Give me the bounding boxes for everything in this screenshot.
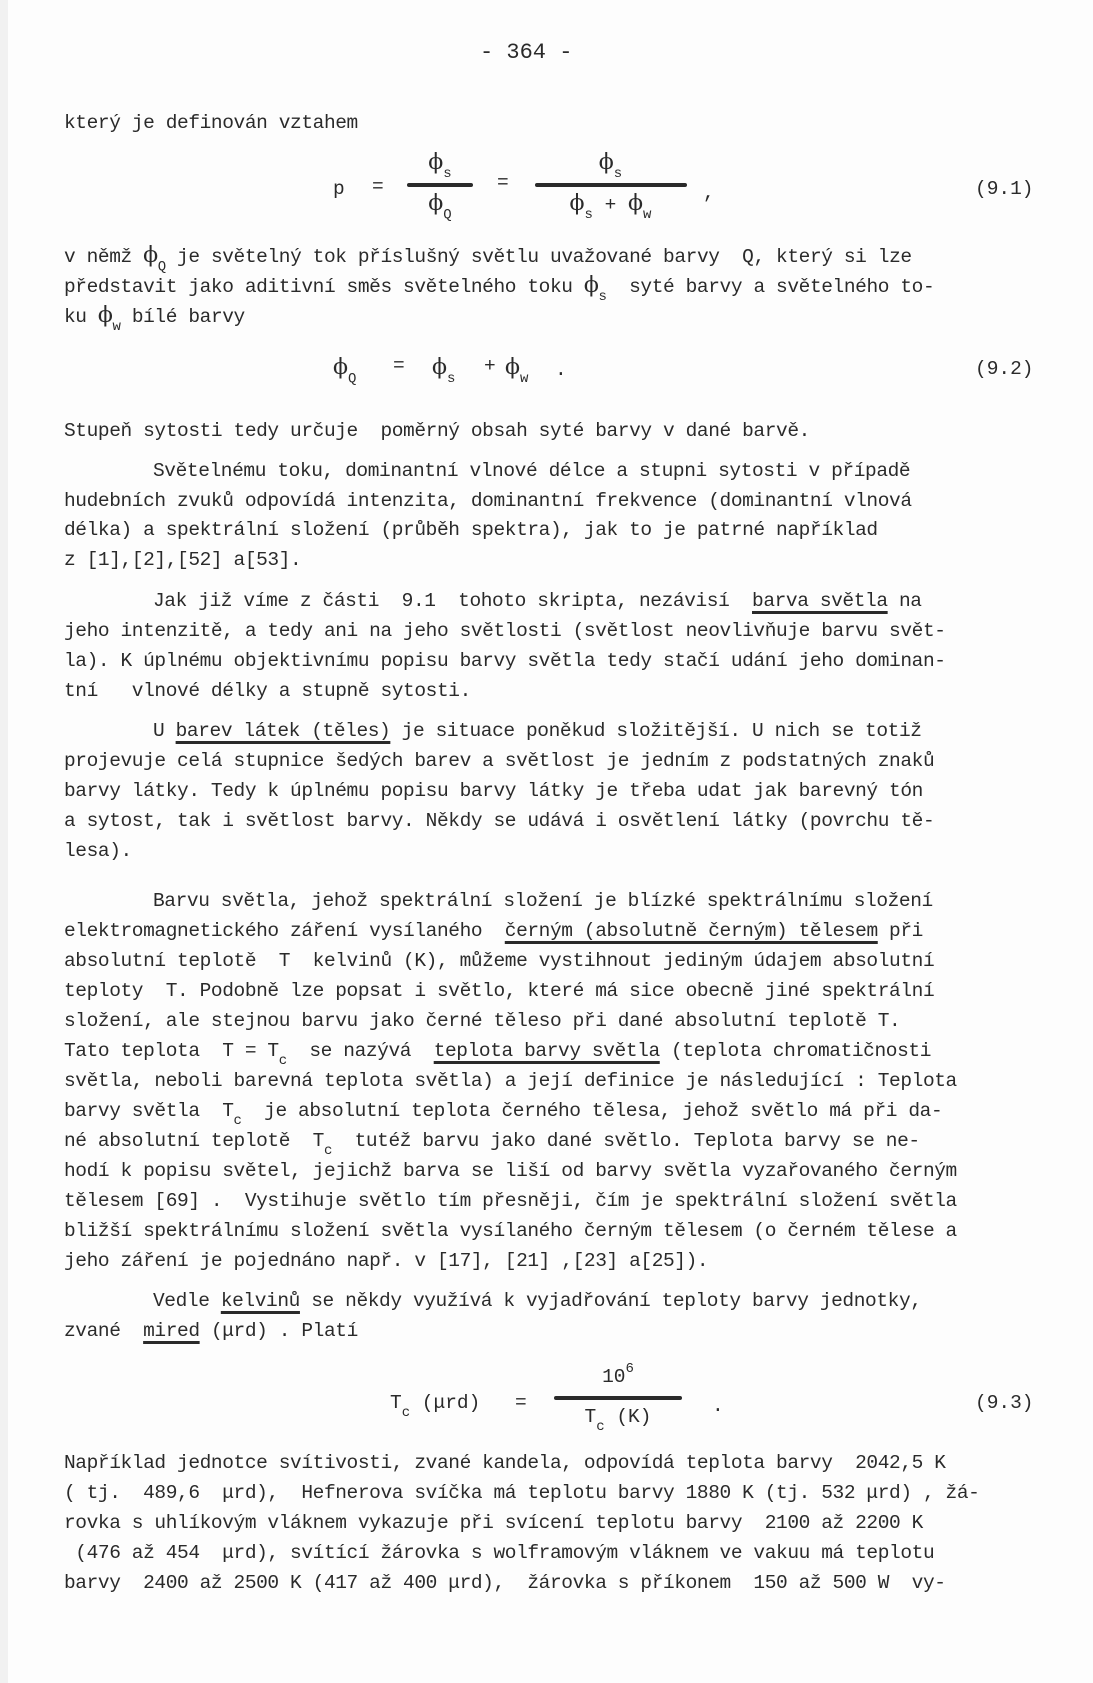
- text-line: projevuje celá stupnice šedých barev a s…: [64, 750, 934, 772]
- text-line: z [1],[2],[52] a[53].: [64, 549, 301, 571]
- text-line: absolutní teplotě T kelvinů (K), můžeme …: [64, 950, 934, 972]
- text-line: tní vlnové délky a stupně sytosti.: [64, 680, 471, 702]
- text-line: zvané mired (μrd) . Platí: [64, 1320, 358, 1342]
- fraction-2: ϕs ϕs + ϕw: [533, 148, 688, 222]
- text-line: hodí k popisu světel, jejichž barva se l…: [64, 1160, 957, 1182]
- text-line: v němž ϕQ je světelný tok příslušný svět…: [64, 243, 912, 268]
- text-line: Jak již víme z části 9.1 tohoto skripta,…: [153, 590, 922, 612]
- text-line: délka) a spektrální složení (průběh spek…: [64, 519, 878, 541]
- text-line: tělesem [69] . Vystihuje světlo tím přes…: [64, 1190, 957, 1212]
- text-line: Světelnému toku, dominantní vlnové délce…: [153, 460, 910, 482]
- underlined-term: barev látek (těles): [176, 720, 391, 742]
- eq-comma: ,: [703, 182, 715, 204]
- text-line: jeho intenzitě, a tedy ani na jeho světl…: [64, 620, 946, 642]
- underlined-term: barva světla: [752, 590, 888, 612]
- fraction-1: ϕs ϕQ: [405, 148, 475, 222]
- text-line: barvy látky. Tedy k úplnému popisu barvy…: [64, 780, 923, 802]
- text-line: Například jednotce svítivosti, zvané kan…: [64, 1452, 946, 1474]
- text-line: barvy 2400 až 2500 K (417 až 400 μrd), ž…: [64, 1572, 946, 1594]
- underlined-term: teplota barvy světla: [434, 1040, 660, 1062]
- fraction-bar: [554, 1396, 682, 1400]
- text-line: Barvu světla, jehož spektrální složení j…: [153, 890, 933, 912]
- fraction-bar: [535, 183, 687, 187]
- text-line: U barev látek (těles) je situace poněkud…: [153, 720, 922, 742]
- text-line: Vedle kelvinů se někdy využívá k vyjadřo…: [153, 1290, 922, 1312]
- text-line: rovka s uhlíkovým vláknem vykazuje při s…: [64, 1512, 923, 1534]
- text-line: a sytost, tak i světlost barvy. Někdy se…: [64, 810, 934, 832]
- eq-equals: =: [497, 172, 509, 194]
- text-line: složení, ale stejnou barvu jako černé tě…: [64, 1010, 900, 1032]
- text-line: světla, neboli barevná teplota světla) a…: [64, 1070, 957, 1092]
- eq-lhs: p: [333, 178, 345, 200]
- underlined-term: mired: [143, 1320, 200, 1342]
- text-line: jeho záření je pojednáno např. v [17], […: [64, 1250, 708, 1272]
- text-line: lesa).: [64, 840, 132, 862]
- text-line: elektromagnetického záření vysílaného če…: [64, 920, 923, 942]
- fraction: 106 Tc (K): [553, 1362, 683, 1434]
- text-line: Stupeň sytosti tedy určuje poměrný obsah…: [64, 420, 810, 442]
- text-line: teploty T. Podobně lze popsat i světlo, …: [64, 980, 934, 1002]
- scan-edge: [0, 0, 8, 1683]
- text-line: (476 až 454 μrd), svítící žárovka s wolf…: [64, 1542, 934, 1564]
- text-line: Tato teplota T = Tc se nazývá teplota ba…: [64, 1040, 931, 1062]
- eq-equals: =: [372, 176, 384, 198]
- text-line: bližší spektrálnímu složení světla vysíl…: [64, 1220, 957, 1242]
- underlined-term: kelvinů: [221, 1290, 300, 1312]
- page-number: - 364 -: [480, 40, 572, 65]
- underlined-term: černým (absolutně černým) tělesem: [505, 920, 878, 942]
- equation-number: (9.2): [975, 358, 1034, 380]
- text-line: ( tj. 489,6 μrd), Hefnerova svíčka má te…: [64, 1482, 979, 1504]
- text-line: hudebních zvuků odpovídá intenzita, domi…: [64, 490, 912, 512]
- fraction-bar: [407, 183, 473, 187]
- text-line: ku ϕw bílé barvy: [64, 303, 245, 328]
- text-line: barvy světla Tc je absolutní teplota čer…: [64, 1100, 942, 1122]
- text-line: představit jako aditivní směs světelného…: [64, 273, 934, 298]
- equation-number: (9.1): [975, 178, 1034, 200]
- text-line: né absolutní teplotě Tc tutéž barvu jako…: [64, 1130, 920, 1152]
- document-page: - 364 - který je definován vztahem p = ϕ…: [0, 0, 1093, 1683]
- equation-number: (9.3): [975, 1392, 1034, 1414]
- text-line: který je definován vztahem: [64, 112, 358, 134]
- text-line: la). K úplnému objektivnímu popisu barvy…: [64, 650, 946, 672]
